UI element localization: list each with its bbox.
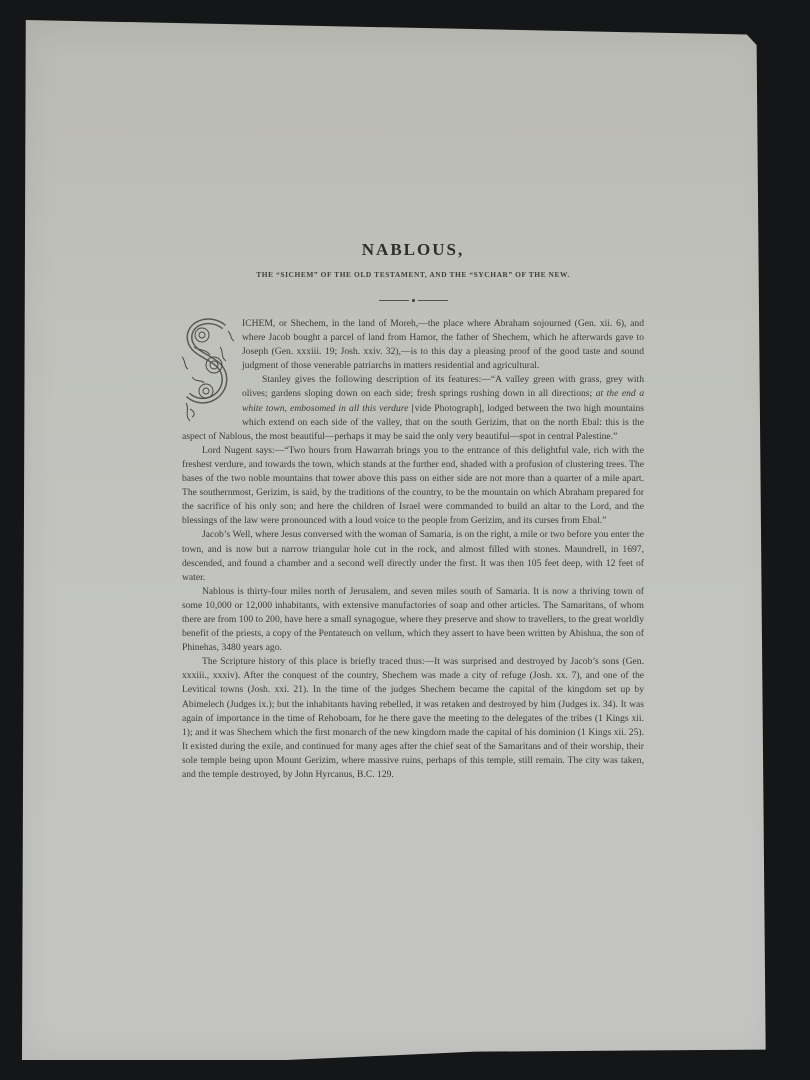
paragraph-5: Nablous is thirty-four miles north of Je…: [182, 585, 644, 655]
ornamental-divider: [182, 297, 644, 303]
page-title: NABLOUS,: [182, 240, 644, 260]
divider-line-left: [379, 300, 409, 301]
paragraph-6: The Scripture history of this place is b…: [182, 655, 644, 782]
article-body: ICHEM, or Shechem, in the land of Moreh,…: [182, 317, 644, 782]
paragraph-2-text-a: Stanley gives the following description …: [242, 374, 644, 399]
document-page: NABLOUS, THE “SICHEM” OF THE OLD TESTAME…: [182, 240, 644, 782]
paragraph-1: ICHEM, or Shechem, in the land of Moreh,…: [182, 317, 644, 373]
paragraph-3: Lord Nugent says:—“Two hours from Hawarr…: [182, 444, 644, 529]
paragraph-2: Stanley gives the following description …: [182, 373, 644, 443]
ornamental-initial-s-icon: [180, 317, 236, 425]
divider-dot-icon: [412, 299, 415, 302]
paragraph-4: Jacob’s Well, where Jesus conversed with…: [182, 528, 644, 584]
page-subtitle: THE “SICHEM” OF THE OLD TESTAMENT, AND T…: [182, 270, 644, 279]
divider-line-right: [418, 300, 448, 301]
